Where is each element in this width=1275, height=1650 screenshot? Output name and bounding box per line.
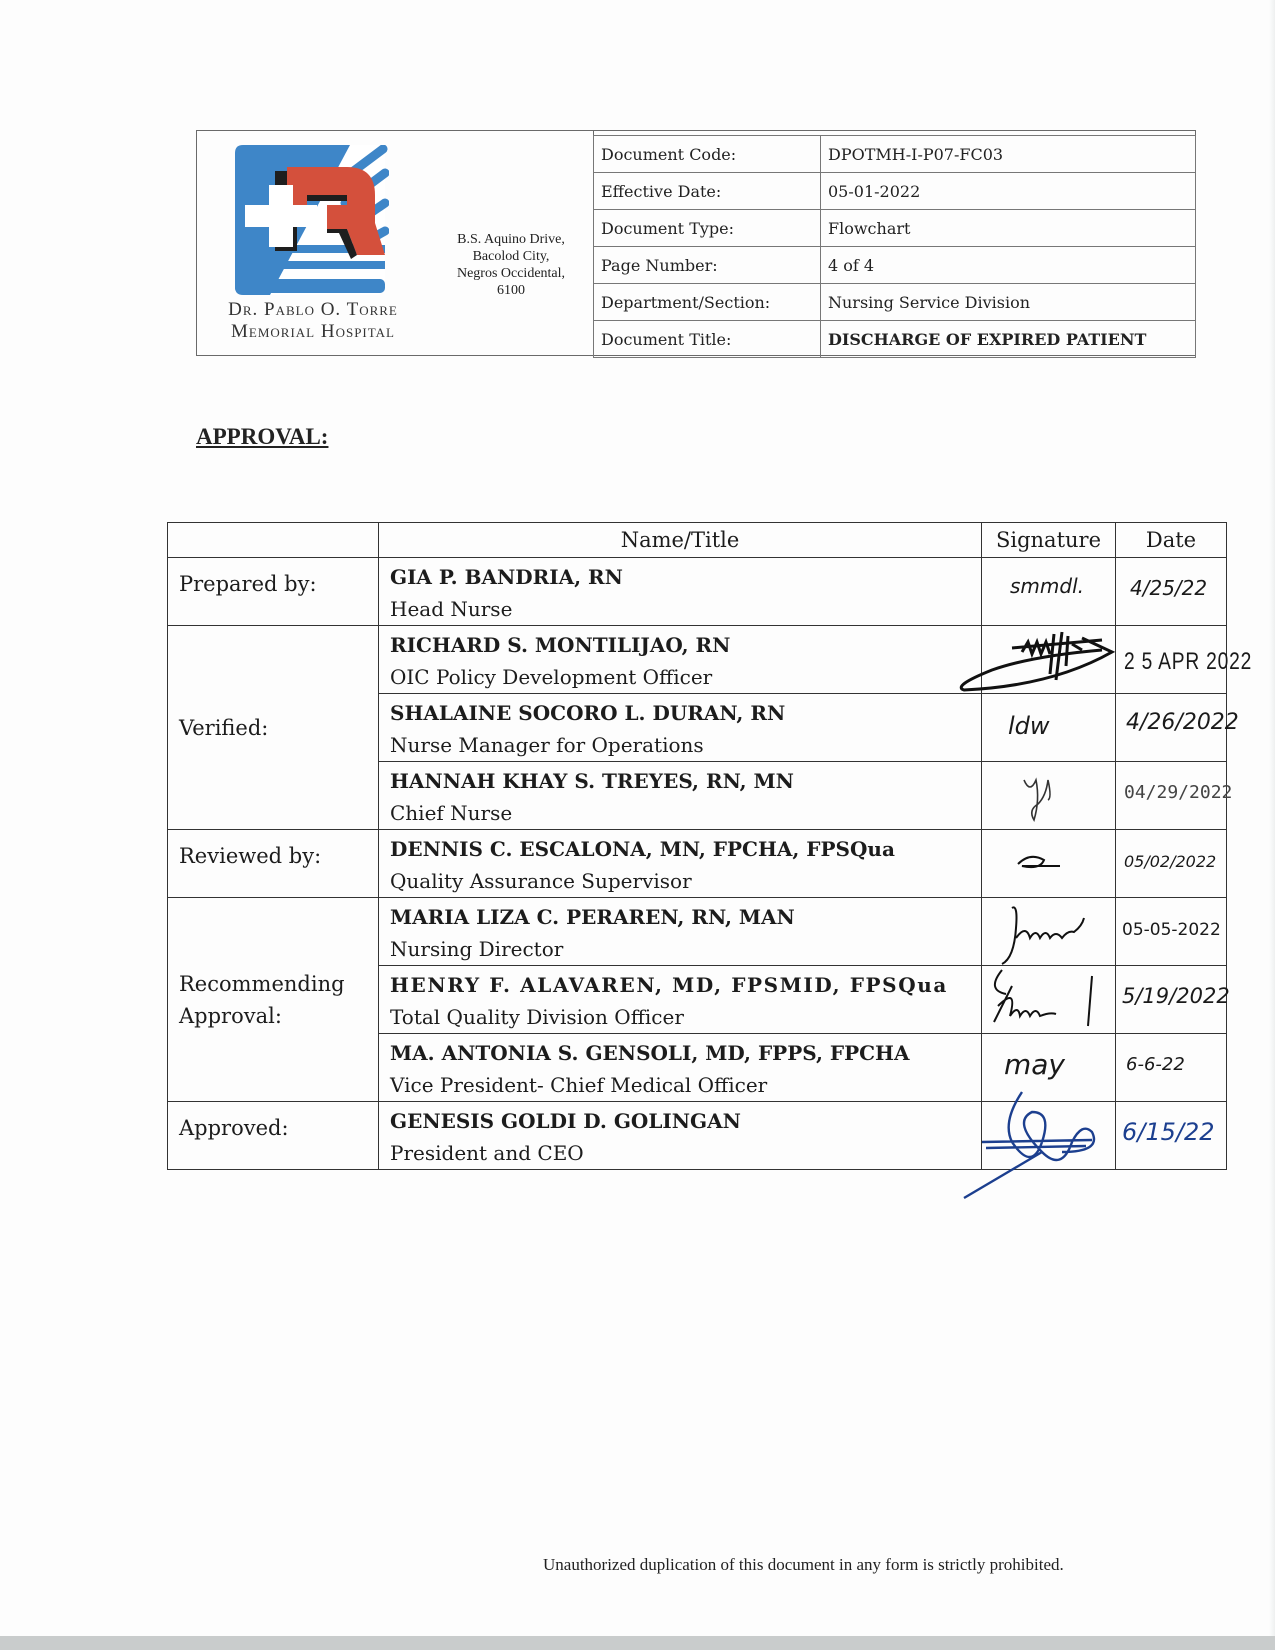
person-title: Chief Nurse: [390, 798, 970, 829]
signature-cell: [982, 762, 1116, 830]
logo-cell: Dr. Pablo O. Torre Memorial Hospital B.S…: [197, 131, 594, 355]
person-title: Vice President- Chief Medical Officer: [390, 1070, 970, 1101]
scan-edge-bottom: [0, 1636, 1275, 1650]
date-cell: 4/25/22: [1116, 558, 1227, 626]
signature-text: may: [1004, 1048, 1065, 1081]
signature-text: ldw: [1008, 712, 1050, 740]
meta-row-type: Document Type:Flowchart: [594, 210, 1196, 247]
signature-scribble-icon: [982, 898, 1115, 966]
date-cell: 6/15/22: [1116, 1102, 1227, 1170]
signature-scribble-icon: [982, 762, 1115, 830]
signature-scribble-icon: [982, 830, 1115, 898]
signature-text: smmdl.: [1010, 574, 1084, 598]
date-text: 4/25/22: [1130, 576, 1207, 600]
col-signature: Signature: [982, 523, 1116, 558]
signature-cell: [982, 898, 1116, 966]
signature-scribble-icon: [982, 1102, 1115, 1170]
person-name: MA. ANTONIA S. GENSOLI, MD, FPPS, FPCHA: [390, 1034, 970, 1070]
table-row: Prepared by: GIA P. BANDRIA, RNHead Nurs…: [168, 558, 1227, 626]
person-name: RICHARD S. MONTILIJAO, RN: [390, 626, 970, 662]
scan-edge: [1269, 0, 1275, 1650]
date-text: 5/19/2022: [1122, 984, 1230, 1008]
person-title: Nursing Director: [390, 934, 970, 965]
approval-heading: APPROVAL:: [196, 424, 328, 450]
meta-row-page-number: Page Number:4 of 4: [594, 247, 1196, 284]
meta-row-department: Department/Section:Nursing Service Divis…: [594, 284, 1196, 321]
person-name: GENESIS GOLDI D. GOLINGAN: [390, 1102, 970, 1138]
hospital-address: B.S. Aquino Drive, Bacolod City, Negros …: [429, 231, 593, 299]
date-text: 05-05-2022: [1122, 920, 1221, 940]
person-name: HANNAH KHAY S. TREYES, RN, MN: [390, 762, 970, 798]
person-title: Head Nurse: [390, 594, 970, 625]
role-recommending: Recommending Approval:: [168, 898, 379, 1102]
date-text: 4/26/2022: [1126, 710, 1239, 735]
role-reviewed: Reviewed by:: [168, 830, 379, 898]
person-name: GIA P. BANDRIA, RN: [390, 558, 970, 594]
approval-table: Name/Title Signature Date Prepared by: G…: [167, 522, 1227, 1170]
date-stamp: 2 5 APR 2022: [1124, 648, 1252, 676]
col-name-title: Name/Title: [379, 523, 982, 558]
date-text: 6/15/22: [1122, 1118, 1215, 1146]
person-title: President and CEO: [390, 1138, 970, 1169]
person-name: HENRY F. ALAVAREN, MD, FPSMID, FPSQua: [390, 966, 970, 1002]
signature-cell: [982, 626, 1116, 694]
signature-cell: ldw: [982, 694, 1116, 762]
person-title: Nurse Manager for Operations: [390, 730, 970, 761]
hospital-name: Dr. Pablo O. Torre Memorial Hospital: [197, 299, 429, 343]
table-row: Approved: GENESIS GOLDI D. GOLINGANPresi…: [168, 1102, 1227, 1170]
person-title: OIC Policy Development Officer: [390, 662, 970, 693]
person-name: SHALAINE SOCORO L. DURAN, RN: [390, 694, 970, 730]
table-row: Recommending Approval: MARIA LIZA C. PER…: [168, 898, 1227, 966]
date-cell: 04/29/2022: [1116, 762, 1227, 830]
signature-cell: [982, 830, 1116, 898]
person-name: DENNIS C. ESCALONA, MN, FPCHA, FPSQua: [390, 830, 970, 866]
table-row: Verified: RICHARD S. MONTILIJAO, RNOIC P…: [168, 626, 1227, 694]
col-date: Date: [1116, 523, 1227, 558]
signature-cell: [982, 966, 1116, 1034]
person-name: MARIA LIZA C. PERAREN, RN, MAN: [390, 898, 970, 934]
signature-cell: smmdl.: [982, 558, 1116, 626]
signature-cell: may: [982, 1034, 1116, 1102]
date-text: 6-6-22: [1126, 1054, 1185, 1075]
role-prepared: Prepared by:: [168, 558, 379, 626]
approval-header-row: Name/Title Signature Date: [168, 523, 1227, 558]
date-cell: 4/26/2022: [1116, 694, 1227, 762]
table-row: Reviewed by: DENNIS C. ESCALONA, MN, FPC…: [168, 830, 1227, 898]
person-title: Total Quality Division Officer: [390, 1002, 970, 1033]
meta-row-code: Document Code:DPOTMH-I-P07-FC03: [594, 136, 1196, 173]
date-cell: 6-6-22: [1116, 1034, 1227, 1102]
date-text: 04/29/2022: [1124, 782, 1232, 803]
date-text: 05/02/2022: [1124, 852, 1216, 871]
meta-row-title: Document Title:DISCHARGE OF EXPIRED PATI…: [594, 321, 1196, 358]
signature-scribble-icon: [982, 626, 1115, 694]
date-cell: 2 5 APR 2022: [1116, 626, 1227, 694]
person-title: Quality Assurance Supervisor: [390, 866, 970, 897]
signature-scribble-icon: [982, 966, 1115, 1034]
document-header: Dr. Pablo O. Torre Memorial Hospital B.S…: [196, 130, 1196, 356]
role-approved: Approved:: [168, 1102, 379, 1170]
footer-notice: Unauthorized duplication of this documen…: [543, 1555, 1064, 1575]
date-cell: 5/19/2022: [1116, 966, 1227, 1034]
role-verified: Verified:: [168, 626, 379, 830]
document-meta-table: Document Code:DPOTMH-I-P07-FC03 Effectiv…: [593, 135, 1196, 358]
date-cell: 05-05-2022: [1116, 898, 1227, 966]
meta-row-effective-date: Effective Date:05-01-2022: [594, 173, 1196, 210]
date-cell: 05/02/2022: [1116, 830, 1227, 898]
signature-cell: [982, 1102, 1116, 1170]
hospital-logo-icon: [235, 145, 389, 295]
